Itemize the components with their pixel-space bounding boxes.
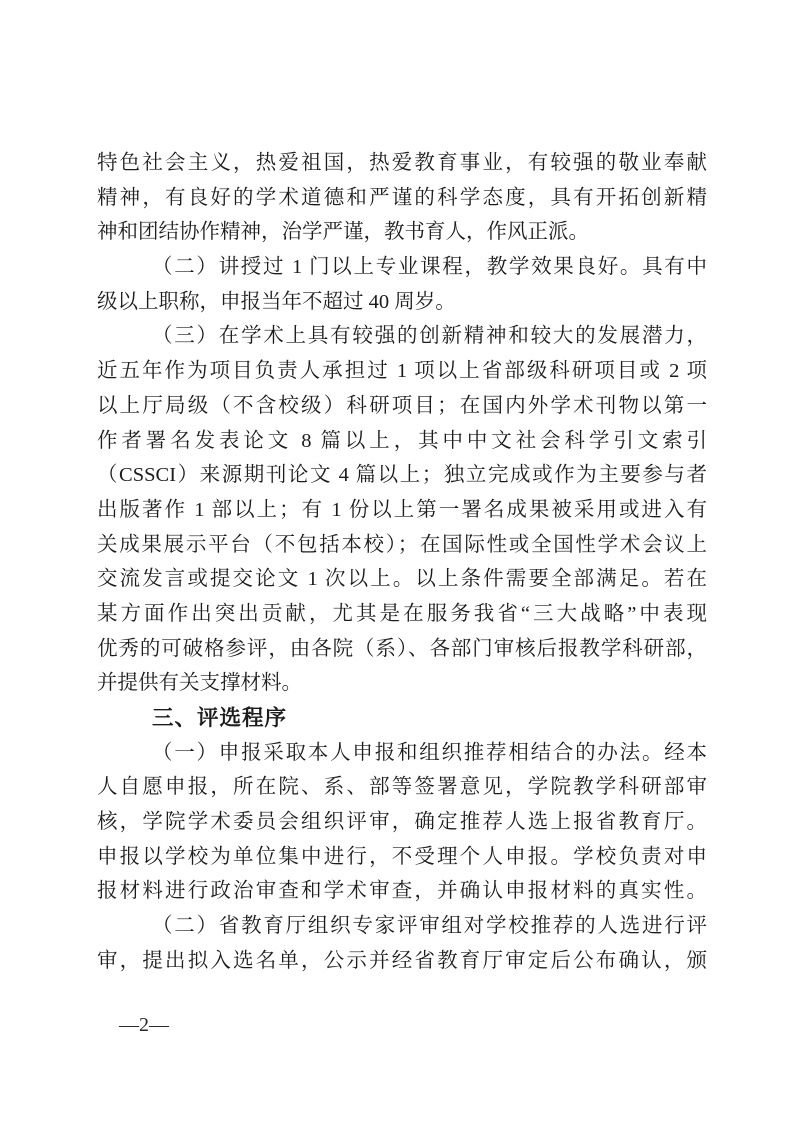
text-line: 近五年作为项目负责人承担过 1 项以上省部级科研项目或 2 项 <box>97 354 707 389</box>
text-line: 并提供有关支撑材料。 <box>97 666 707 701</box>
text-line: 优秀的可破格参评，由各院（系）、各部门审核后报教学科研部， <box>97 632 707 667</box>
text-line: 作者署名发表论文 8 篇以上，其中中文社会科学引文索引 <box>97 424 707 459</box>
section-heading: 三、评选程序 <box>97 701 707 736</box>
page-number: —2— <box>119 1013 169 1037</box>
text-line: 关成果展示平台（不包括本校）；在国际性或全国性学术会议上 <box>97 528 707 563</box>
document-page: 特色社会主义，热爱祖国，热爱教育事业，有较强的敬业奉献精神，有良好的学术道德和严… <box>0 0 793 1122</box>
text-line: 人自愿申报，所在院、系、部等签署意见，学院教学科研部审 <box>97 770 707 805</box>
text-line: 申报以学校为单位集中进行，不受理个人申报。学校负责对申 <box>97 840 707 875</box>
text-line: 核，学院学术委员会组织评审，确定推荐人选上报省教育厅。 <box>97 805 707 840</box>
text-line: 某方面作出突出贡献，尤其是在服务我省“三大战略”中表现 <box>97 597 707 632</box>
text-line: （一）申报采取本人申报和组织推荐相结合的办法。经本 <box>97 736 707 771</box>
document-body: 特色社会主义，热爱祖国，热爱教育事业，有较强的敬业奉献精神，有良好的学术道德和严… <box>97 146 707 979</box>
text-line: 神和团结协作精神，治学严谨，教书育人，作风正派。 <box>97 215 707 250</box>
text-line: （二）讲授过 1 门以上专业课程，教学效果良好。具有中 <box>97 250 707 285</box>
text-line: 以上厅局级（不含校级）科研项目；在国内外学术刊物以第一 <box>97 389 707 424</box>
text-line: 交流发言或提交论文 1 次以上。以上条件需要全部满足。若在 <box>97 562 707 597</box>
text-line: （CSSCI）来源期刊论文 4 篇以上；独立完成或作为主要参与者 <box>97 458 707 493</box>
text-line: 精神，有良好的学术道德和严谨的科学态度，具有开拓创新精 <box>97 181 707 216</box>
text-line: 级以上职称，申报当年不超过 40 周岁。 <box>97 285 707 320</box>
text-line: （二）省教育厅组织专家评审组对学校推荐的人选进行评 <box>97 909 707 944</box>
text-line: 审，提出拟入选名单，公示并经省教育厅审定后公布确认，颁 <box>97 944 707 979</box>
text-line: 出版著作 1 部以上；有 1 份以上第一署名成果被采用或进入有 <box>97 493 707 528</box>
text-line: 报材料进行政治审查和学术审查，并确认申报材料的真实性。 <box>97 874 707 909</box>
text-line: （三）在学术上具有较强的创新精神和较大的发展潜力， <box>97 319 707 354</box>
text-line: 特色社会主义，热爱祖国，热爱教育事业，有较强的敬业奉献 <box>97 146 707 181</box>
